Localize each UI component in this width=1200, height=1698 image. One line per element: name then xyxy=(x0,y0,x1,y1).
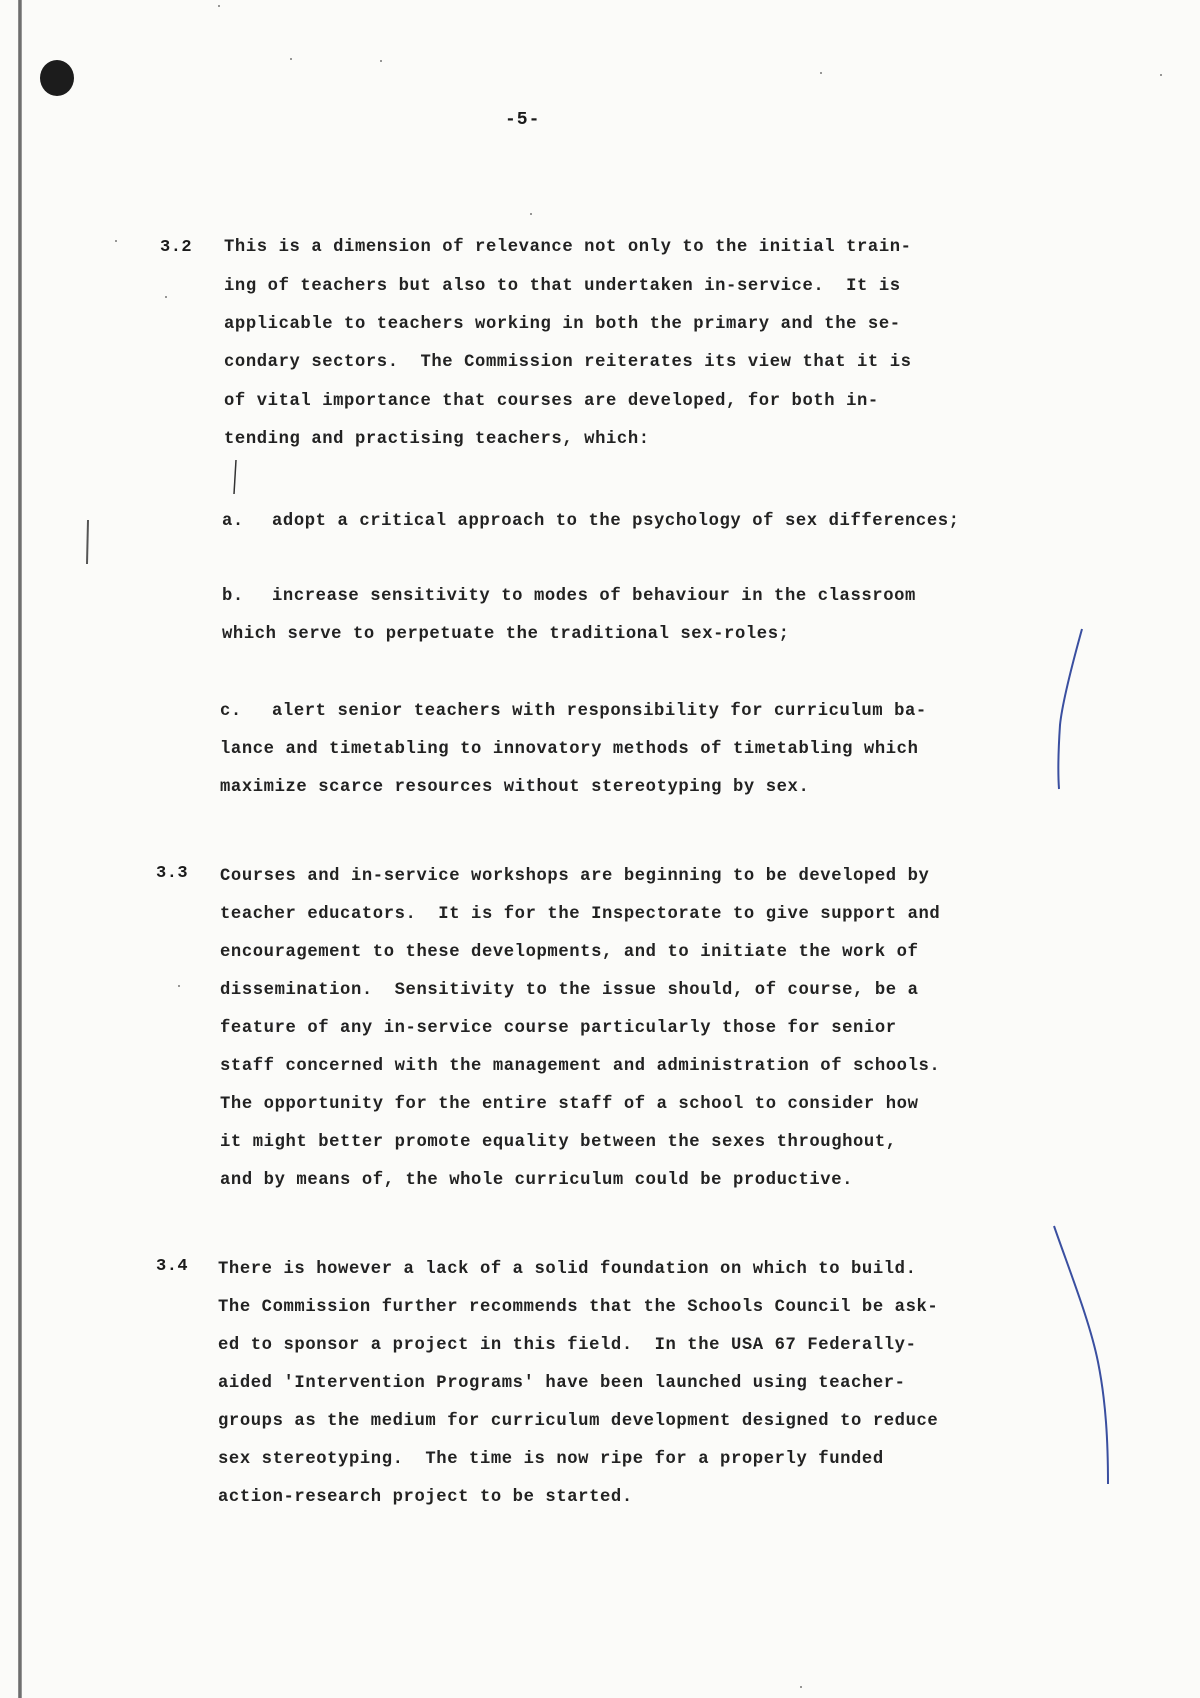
text-line: feature of any in-service course particu… xyxy=(220,1019,897,1038)
text-line: condary sectors. The Commission reiterat… xyxy=(224,353,912,372)
speck xyxy=(380,60,382,62)
text-line: tending and practising teachers, which: xyxy=(224,430,650,449)
text-line: staff concerned with the management and … xyxy=(220,1057,940,1076)
list-item-text: increase sensitivity to modes of behavio… xyxy=(272,587,916,606)
list-item-label: b. xyxy=(222,587,244,606)
text-line: ed to sponsor a project in this field. I… xyxy=(218,1336,917,1355)
margin-mark-pencil xyxy=(82,518,92,568)
list-item-text: adopt a critical approach to the psychol… xyxy=(272,512,960,531)
list-item-text: maximize scarce resources without stereo… xyxy=(220,778,809,797)
text-line: aided 'Intervention Programs' have been … xyxy=(218,1374,906,1393)
text-line: it might better promote equality between… xyxy=(220,1133,897,1152)
speck xyxy=(1160,74,1162,76)
speck xyxy=(178,985,180,987)
speck xyxy=(115,240,117,242)
speck xyxy=(820,72,822,74)
speck xyxy=(218,5,220,7)
text-line: and by means of, the whole curriculum co… xyxy=(220,1171,853,1190)
list-item-text: alert senior teachers with responsibilit… xyxy=(272,702,927,721)
margin-mark-pencil xyxy=(230,458,240,498)
speck xyxy=(530,213,532,215)
paragraph-number: 3.3 xyxy=(156,864,188,883)
text-line: The opportunity for the entire staff of … xyxy=(220,1095,919,1114)
speck xyxy=(165,296,167,298)
text-line: This is a dimension of relevance not onl… xyxy=(224,238,912,257)
margin-mark-line-1 xyxy=(1050,625,1090,795)
speck xyxy=(290,58,292,60)
list-item-text: lance and timetabling to innovatory meth… xyxy=(220,740,919,759)
page-number: -5- xyxy=(505,110,540,130)
text-line: teacher educators. It is for the Inspect… xyxy=(220,905,940,924)
list-item-label: a. xyxy=(222,512,244,531)
speck xyxy=(800,1686,802,1688)
text-line: of vital importance that courses are dev… xyxy=(224,392,879,411)
paragraph-number: 3.4 xyxy=(156,1257,188,1276)
text-line: ing of teachers but also to that underta… xyxy=(224,277,901,296)
text-line: action-research project to be started. xyxy=(218,1488,633,1507)
text-line: applicable to teachers working in both t… xyxy=(224,315,901,334)
paragraph-number: 3.2 xyxy=(160,238,192,257)
margin-mark-line-2 xyxy=(1050,1222,1120,1492)
text-line: dissemination. Sensitivity to the issue … xyxy=(220,981,919,1000)
text-line: The Commission further recommends that t… xyxy=(218,1298,938,1317)
text-line: sex stereotyping. The time is now ripe f… xyxy=(218,1450,884,1469)
text-line: groups as the medium for curriculum deve… xyxy=(218,1412,938,1431)
text-line: encouragement to these developments, and… xyxy=(220,943,919,962)
text-line: Courses and in-service workshops are beg… xyxy=(220,867,929,886)
document-page: -5- 3.2 This is a dimension of relevance… xyxy=(0,0,1200,1698)
text-line: There is however a lack of a solid found… xyxy=(218,1260,917,1279)
punch-hole xyxy=(40,60,74,96)
list-item-text: which serve to perpetuate the traditiona… xyxy=(222,625,790,644)
page-left-edge xyxy=(18,0,22,1698)
list-item-label: c. xyxy=(220,702,242,721)
